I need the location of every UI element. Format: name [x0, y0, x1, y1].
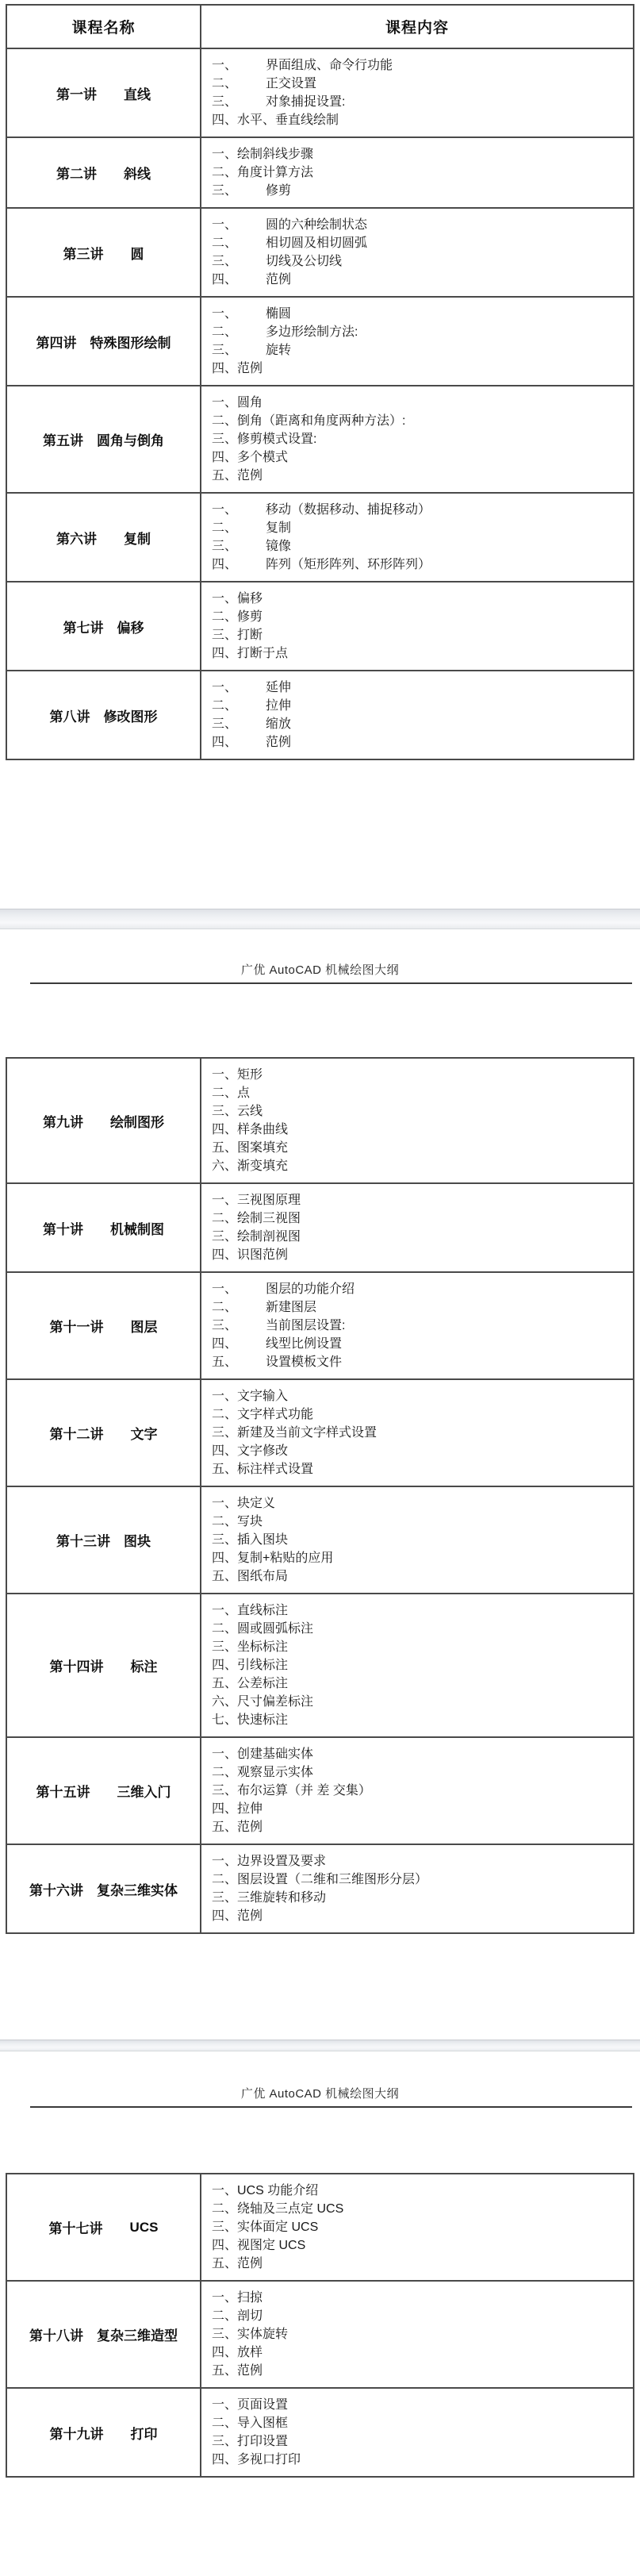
item-text: 旋转 — [266, 344, 291, 357]
item-text: 新建图层 — [266, 1301, 316, 1314]
content-item: 三、绘制剖视图 — [212, 1228, 630, 1246]
lecture-content-cell: 一、圆的六种绘制状态二、相切圆及相切圆弧三、切线及公切线四、范例 — [201, 208, 634, 297]
item-text: 尺寸偏差标注 — [237, 1695, 313, 1709]
course-row: 第五讲圆角与倒角一、圆角二、倒角（距离和角度两种方法）:三、修剪模式设置:四、多… — [6, 386, 634, 493]
page-header-underline — [30, 2106, 632, 2108]
lecture-number: 第四讲 — [36, 332, 77, 352]
item-text: 实体旋转 — [237, 2328, 288, 2341]
content-item: 三、布尔运算（并 差 交集） — [212, 1782, 630, 1800]
content-item: 三、坐标标注 — [212, 1638, 630, 1656]
content-item: 二、点 — [212, 1084, 630, 1102]
content-item: 四、阵列（矩形阵列、环形阵列） — [212, 556, 630, 574]
lecture-number: 第六讲 — [56, 528, 97, 548]
course-row: 第十讲机械制图一、三视图原理二、绘制三视图三、绘制剖视图四、识图范例 — [6, 1183, 634, 1272]
page-header-underline — [30, 982, 632, 984]
item-text: 矩形 — [237, 1068, 263, 1082]
lecture-number: 第五讲 — [43, 429, 83, 449]
page-header-title: 广优 AutoCAD 机械绘图大纲 — [0, 963, 640, 978]
lecture-name: 第十七讲UCS — [8, 2217, 199, 2237]
item-number: 五、 — [212, 1141, 237, 1155]
course-table: 第十七讲UCS一、UCS 功能介绍二、绕轴及三点定 UCS三、实体面定 UCS四… — [6, 2173, 634, 2478]
content-item: 二、正交设置 — [212, 75, 630, 93]
lecture-name-cell: 第十一讲图层 — [6, 1272, 201, 1379]
item-number: 四、 — [212, 2239, 237, 2252]
lecture-name: 第五讲圆角与倒角 — [8, 429, 199, 449]
item-number: 二、 — [212, 699, 237, 713]
content-item: 五、设置模板文件 — [212, 1353, 630, 1371]
lecture-content-cell: 一、页面设置二、导入图框三、打印设置四、多视口打印 — [201, 2388, 634, 2477]
item-text: 修剪 — [237, 610, 263, 624]
lecture-number: 第十讲 — [43, 1218, 83, 1238]
lecture-content-cell: 一、圆角二、倒角（距离和角度两种方法）:三、修剪模式设置:四、多个模式五、范例 — [201, 386, 634, 493]
item-text: 识图范例 — [237, 1248, 288, 1262]
item-text: 打断 — [237, 629, 263, 642]
lecture-topic: 修改图形 — [104, 706, 158, 725]
item-number: 四、 — [212, 1248, 237, 1262]
course-row: 第十三讲图块一、块定义二、写块三、插入图块四、复制+粘贴的应用五、图纸布局 — [6, 1486, 634, 1594]
lecture-name: 第十八讲复杂三维造型 — [8, 2324, 199, 2344]
content-item: 一、文字输入 — [212, 1387, 630, 1405]
lecture-name-cell: 第九讲绘制图形 — [6, 1058, 201, 1183]
lecture-topic: 圆角与倒角 — [97, 429, 164, 449]
item-text: 对象捕捉设置: — [266, 95, 345, 109]
item-text: 修剪模式设置: — [237, 433, 316, 446]
item-number: 一、 — [212, 1604, 237, 1617]
course-table-page3: 第十七讲UCS一、UCS 功能介绍二、绕轴及三点定 UCS三、实体面定 UCS四… — [6, 2173, 634, 2478]
item-number: 二、 — [212, 1408, 237, 1421]
item-number: 三、 — [212, 2220, 237, 2234]
lecture-name-cell: 第三讲圆 — [6, 208, 201, 297]
course-table-page2: 第九讲绘制图形一、矩形二、点三、云线四、样条曲线五、图案填充六、渐变填充第十讲机… — [6, 1057, 634, 1934]
content-item: 五、公差标注 — [212, 1674, 630, 1693]
item-number: 一、 — [212, 307, 237, 321]
content-item: 三、实体面定 UCS — [212, 2218, 630, 2236]
item-number: 三、 — [212, 717, 237, 731]
item-number: 三、 — [212, 1105, 237, 1118]
lecture-name: 第一讲直线 — [8, 83, 199, 103]
page-header-1: 广优 AutoCAD 机械绘图大纲 — [0, 963, 640, 984]
item-text: 界面组成、命令行功能 — [266, 59, 393, 72]
item-text: 正交设置 — [266, 77, 316, 90]
item-number: 一、 — [212, 1497, 237, 1510]
lecture-topic: 图块 — [124, 1530, 151, 1550]
content-item: 二、图层设置（二维和三维图形分层） — [212, 1870, 630, 1889]
item-text: 观察显示实体 — [237, 1766, 313, 1779]
lecture-number: 第十六讲 — [29, 1879, 83, 1899]
item-text: 多视口打印 — [237, 2453, 301, 2466]
lecture-topic: 图层 — [131, 1316, 158, 1336]
content-item: 三、对象捕捉设置: — [212, 93, 630, 111]
item-number: 二、 — [212, 1766, 237, 1779]
content-item: 一、矩形 — [212, 1066, 630, 1084]
lecture-name: 第十五讲三维入门 — [8, 1781, 199, 1801]
item-number: 一、 — [212, 1390, 237, 1403]
column-header-content: 课程内容 — [201, 5, 634, 48]
item-text: 坐标标注 — [237, 1640, 288, 1654]
lecture-content-cell: 一、绘制斜线步骤二、角度计算方法三、修剪 — [201, 137, 634, 208]
lecture-content-cell: 一、图层的功能介绍二、新建图层三、当前图层设置:四、线型比例设置五、设置模板文件 — [201, 1272, 634, 1379]
item-number: 三、 — [212, 2435, 237, 2448]
content-item: 五、图纸布局 — [212, 1567, 630, 1586]
item-number: 二、 — [212, 1212, 237, 1225]
item-number: 二、 — [212, 2416, 237, 2430]
page-separator-1 — [0, 909, 640, 929]
item-number: 二、 — [212, 610, 237, 624]
item-text: 标注样式设置 — [237, 1463, 313, 1476]
course-row: 第八讲修改图形一、延伸二、拉伸三、缩放四、范例 — [6, 671, 634, 759]
page-separator-2 — [0, 2040, 640, 2051]
item-number: 三、 — [212, 1230, 237, 1244]
lecture-topic: 偏移 — [117, 617, 144, 636]
content-item: 三、三维旋转和移动 — [212, 1889, 630, 1907]
course-row: 第四讲特殊图形绘制一、椭圆二、多边形绘制方法:三、旋转四、范例 — [6, 297, 634, 386]
item-number: 二、 — [212, 2202, 237, 2216]
item-number: 一、 — [212, 1068, 237, 1082]
item-number: 三、 — [212, 2328, 237, 2341]
content-item: 二、角度计算方法 — [212, 163, 630, 182]
content-item: 三、云线 — [212, 1102, 630, 1121]
lecture-name: 第六讲复制 — [8, 528, 199, 548]
item-text: 多个模式 — [237, 451, 288, 464]
course-table: 第九讲绘制图形一、矩形二、点三、云线四、样条曲线五、图案填充六、渐变填充第十讲机… — [6, 1057, 634, 1934]
item-number: 六、 — [212, 1695, 237, 1709]
content-item: 二、文字样式功能 — [212, 1405, 630, 1424]
item-number: 一、 — [212, 218, 237, 232]
lecture-number: 第二讲 — [56, 163, 97, 183]
item-text: 绘制斜线步骤 — [237, 148, 313, 161]
course-row: 第十九讲打印一、页面设置二、导入图框三、打印设置四、多视口打印 — [6, 2388, 634, 2477]
content-item: 一、图层的功能介绍 — [212, 1280, 630, 1298]
lecture-number: 第九讲 — [43, 1111, 83, 1131]
lecture-number: 第十八讲 — [29, 2324, 83, 2344]
item-text: 绕轴及三点定 UCS — [237, 2202, 343, 2216]
item-text: 实体面定 UCS — [237, 2220, 318, 2234]
item-number: 四、 — [212, 647, 237, 660]
item-number: 二、 — [212, 1086, 237, 1100]
item-text: 多边形绘制方法: — [266, 325, 358, 339]
item-text: UCS 功能介绍 — [237, 2184, 318, 2197]
lecture-name: 第九讲绘制图形 — [8, 1111, 199, 1131]
content-item: 二、圆或圆弧标注 — [212, 1620, 630, 1638]
item-text: 线型比例设置 — [266, 1337, 342, 1351]
item-text: 当前图层设置: — [266, 1319, 345, 1332]
content-item: 一、创建基础实体 — [212, 1745, 630, 1763]
content-item: 一、延伸 — [212, 679, 630, 697]
content-item: 四、水平、垂直线绘制 — [212, 111, 630, 129]
lecture-number: 第一讲 — [56, 83, 97, 103]
item-text: 范例 — [266, 736, 291, 749]
content-item: 四、打断于点 — [212, 644, 630, 663]
content-item: 二、修剪 — [212, 608, 630, 626]
lecture-content-cell: 一、延伸二、拉伸三、缩放四、范例 — [201, 671, 634, 759]
content-item: 二、新建图层 — [212, 1298, 630, 1317]
content-item: 三、缩放 — [212, 715, 630, 733]
course-table: 课程名称课程内容第一讲直线一、界面组成、命令行功能二、正交设置三、对象捕捉设置:… — [6, 4, 634, 760]
lecture-number: 第十七讲 — [49, 2217, 103, 2237]
content-item: 四、多个模式 — [212, 448, 630, 467]
lecture-topic: 圆 — [131, 243, 144, 263]
item-number: 七、 — [212, 1713, 237, 1727]
item-number: 三、 — [212, 1891, 237, 1905]
lecture-content-cell: 一、偏移二、修剪三、打断四、打断于点 — [201, 582, 634, 671]
item-text: 文字样式功能 — [237, 1408, 313, 1421]
page-header-2: 广优 AutoCAD 机械绘图大纲 — [0, 2086, 640, 2108]
lecture-name-cell: 第十二讲文字 — [6, 1379, 201, 1486]
item-number: 一、 — [212, 2398, 237, 2412]
item-number: 三、 — [212, 95, 237, 109]
item-text: 范例 — [266, 273, 291, 286]
item-text: 图层设置（二维和三维图形分层） — [237, 1873, 427, 1886]
item-text: 范例 — [237, 362, 263, 375]
content-item: 一、三视图原理 — [212, 1191, 630, 1209]
content-item: 一、移动（数据移动、捕捉移动） — [212, 501, 630, 519]
item-number: 一、 — [212, 396, 237, 409]
content-item: 四、多视口打印 — [212, 2451, 630, 2469]
lecture-number: 第三讲 — [63, 243, 104, 263]
item-text: 文字修改 — [237, 1444, 288, 1458]
content-item: 三、镜像 — [212, 537, 630, 556]
content-item: 一、圆的六种绘制状态 — [212, 216, 630, 234]
item-text: 打印设置 — [237, 2435, 288, 2448]
item-text: 延伸 — [266, 681, 291, 694]
lecture-number: 第十二讲 — [50, 1423, 104, 1443]
content-item: 二、多边形绘制方法: — [212, 323, 630, 341]
course-row: 第九讲绘制图形一、矩形二、点三、云线四、样条曲线五、图案填充六、渐变填充 — [6, 1058, 634, 1183]
item-number: 一、 — [212, 2291, 237, 2305]
item-text: 快速标注 — [237, 1713, 288, 1727]
course-row: 第一讲直线一、界面组成、命令行功能二、正交设置三、对象捕捉设置:四、水平、垂直线… — [6, 48, 634, 137]
content-item: 四、范例 — [212, 1907, 630, 1925]
lecture-number: 第十五讲 — [36, 1781, 90, 1801]
item-number: 三、 — [212, 344, 237, 357]
content-item: 一、偏移 — [212, 590, 630, 608]
lecture-content-cell: 一、块定义二、写块三、插入图块四、复制+粘贴的应用五、图纸布局 — [201, 1486, 634, 1594]
item-number: 一、 — [212, 59, 237, 72]
item-number: 二、 — [212, 1622, 237, 1636]
item-text: 拉伸 — [237, 1802, 263, 1816]
lecture-name: 第十六讲复杂三维实体 — [8, 1879, 199, 1899]
lecture-content-cell: 一、椭圆二、多边形绘制方法:三、旋转四、范例 — [201, 297, 634, 386]
page-header-title: 广优 AutoCAD 机械绘图大纲 — [0, 2086, 640, 2102]
lecture-name: 第二讲斜线 — [8, 163, 199, 183]
lecture-name-cell: 第十九讲打印 — [6, 2388, 201, 2477]
item-text: 三维旋转和移动 — [237, 1891, 326, 1905]
content-item: 二、相切圆及相切圆弧 — [212, 234, 630, 252]
item-number: 三、 — [212, 1319, 237, 1332]
item-text: 角度计算方法 — [237, 166, 313, 179]
item-number: 三、 — [212, 184, 237, 198]
lecture-number: 第十四讲 — [50, 1655, 104, 1675]
lecture-topic: 标注 — [131, 1655, 158, 1675]
lecture-content-cell: 一、界面组成、命令行功能二、正交设置三、对象捕捉设置:四、水平、垂直线绘制 — [201, 48, 634, 137]
lecture-topic: 文字 — [131, 1423, 158, 1443]
lecture-topic: 直线 — [124, 83, 151, 103]
item-text: 图案填充 — [237, 1141, 288, 1155]
item-number: 一、 — [212, 1747, 237, 1761]
content-item: 三、新建及当前文字样式设置 — [212, 1424, 630, 1442]
content-item: 三、当前图层设置: — [212, 1317, 630, 1335]
lecture-name: 第四讲特殊图形绘制 — [8, 332, 199, 352]
item-text: 绘制剖视图 — [237, 1230, 301, 1244]
item-number: 五、 — [212, 469, 237, 483]
course-row: 第十七讲UCS一、UCS 功能介绍二、绕轴及三点定 UCS三、实体面定 UCS四… — [6, 2174, 634, 2281]
lecture-name: 第十二讲文字 — [8, 1423, 199, 1443]
lecture-content-cell: 一、矩形二、点三、云线四、样条曲线五、图案填充六、渐变填充 — [201, 1058, 634, 1183]
item-number: 一、 — [212, 503, 237, 517]
item-text: 点 — [237, 1086, 250, 1100]
lecture-name-cell: 第一讲直线 — [6, 48, 201, 137]
item-number: 四、 — [212, 1802, 237, 1816]
item-number: 三、 — [212, 629, 237, 642]
item-text: 圆或圆弧标注 — [237, 1622, 313, 1636]
item-text: 块定义 — [237, 1497, 275, 1510]
item-text: 椭圆 — [266, 307, 291, 321]
item-number: 五、 — [212, 2364, 237, 2378]
item-text: 倒角（距离和角度两种方法）: — [237, 414, 405, 428]
course-row: 第六讲复制一、移动（数据移动、捕捉移动）二、复制三、镜像四、阵列（矩形阵列、环形… — [6, 493, 634, 582]
course-row: 第十五讲三维入门一、创建基础实体二、观察显示实体三、布尔运算（并 差 交集）四、… — [6, 1737, 634, 1844]
item-text: 打断于点 — [237, 647, 288, 660]
item-number: 五、 — [212, 1677, 237, 1690]
item-number: 二、 — [212, 325, 237, 339]
item-text: 复制 — [266, 521, 291, 535]
item-text: 文字输入 — [237, 1390, 288, 1403]
content-item: 三、插入图块 — [212, 1531, 630, 1549]
item-text: 绘制三视图 — [237, 1212, 301, 1225]
item-number: 四、 — [212, 451, 237, 464]
item-number: 一、 — [212, 148, 237, 161]
lecture-number: 第七讲 — [63, 617, 104, 636]
item-text: 范例 — [237, 2364, 263, 2378]
lecture-name: 第十讲机械制图 — [8, 1218, 199, 1238]
content-item: 四、范例 — [212, 359, 630, 378]
item-number: 三、 — [212, 1533, 237, 1547]
content-item: 一、UCS 功能介绍 — [212, 2182, 630, 2200]
lecture-content-cell: 一、创建基础实体二、观察显示实体三、布尔运算（并 差 交集）四、拉伸五、范例 — [201, 1737, 634, 1844]
content-item: 一、扫掠 — [212, 2289, 630, 2307]
item-text: 范例 — [237, 469, 263, 483]
lecture-topic: 复杂三维实体 — [97, 1879, 178, 1899]
lecture-name: 第八讲修改图形 — [8, 706, 199, 725]
item-text: 导入图框 — [237, 2416, 288, 2430]
lecture-number: 第十三讲 — [56, 1530, 110, 1550]
content-item: 五、范例 — [212, 467, 630, 485]
lecture-topic: 打印 — [131, 2423, 158, 2443]
item-number: 四、 — [212, 2346, 237, 2359]
item-number: 二、 — [212, 521, 237, 535]
lecture-name-cell: 第四讲特殊图形绘制 — [6, 297, 201, 386]
content-item: 三、切线及公切线 — [212, 252, 630, 271]
item-text: 范例 — [237, 2257, 263, 2270]
lecture-name-cell: 第十六讲复杂三维实体 — [6, 1844, 201, 1933]
lecture-name: 第十一讲图层 — [8, 1316, 199, 1336]
item-number: 三、 — [212, 433, 237, 446]
item-text: 放样 — [237, 2346, 263, 2359]
content-item: 四、范例 — [212, 733, 630, 752]
lecture-content-cell: 一、文字输入二、文字样式功能三、新建及当前文字样式设置四、文字修改五、标注样式设… — [201, 1379, 634, 1486]
content-item: 三、打印设置 — [212, 2432, 630, 2451]
lecture-content-cell: 一、扫掠二、剖切三、实体旋转四、放样五、范例 — [201, 2281, 634, 2388]
item-number: 四、 — [212, 736, 237, 749]
item-text: 云线 — [237, 1105, 263, 1118]
content-item: 五、范例 — [212, 2255, 630, 2273]
content-item: 二、导入图框 — [212, 2414, 630, 2432]
content-item: 四、线型比例设置 — [212, 1335, 630, 1353]
content-item: 五、图案填充 — [212, 1139, 630, 1157]
lecture-name-cell: 第八讲修改图形 — [6, 671, 201, 759]
content-item: 六、渐变填充 — [212, 1157, 630, 1175]
item-text: 缩放 — [266, 717, 291, 731]
course-row: 第十八讲复杂三维造型一、扫掠二、剖切三、实体旋转四、放样五、范例 — [6, 2281, 634, 2388]
item-text: 范例 — [237, 1909, 263, 1923]
header-row: 课程名称课程内容 — [6, 5, 634, 48]
content-item: 四、拉伸 — [212, 1800, 630, 1818]
lecture-topic: 绘制图形 — [110, 1111, 164, 1131]
item-text: 样条曲线 — [237, 1123, 288, 1136]
lecture-name: 第三讲圆 — [8, 243, 199, 263]
lecture-topic: 复制 — [124, 528, 151, 548]
course-row: 第十六讲复杂三维实体一、边界设置及要求二、图层设置（二维和三维图形分层）三、三维… — [6, 1844, 634, 1933]
lecture-topic: 斜线 — [124, 163, 151, 183]
content-item: 五、范例 — [212, 1818, 630, 1836]
lecture-number: 第十九讲 — [50, 2423, 104, 2443]
item-text: 复制+粘贴的应用 — [237, 1551, 333, 1565]
item-number: 二、 — [212, 2309, 237, 2323]
lecture-content-cell: 一、边界设置及要求二、图层设置（二维和三维图形分层）三、三维旋转和移动四、范例 — [201, 1844, 634, 1933]
lecture-name-cell: 第六讲复制 — [6, 493, 201, 582]
item-text: 公差标注 — [237, 1677, 288, 1690]
item-number: 五、 — [212, 2257, 237, 2270]
lecture-name-cell: 第五讲圆角与倒角 — [6, 386, 201, 493]
item-number: 三、 — [212, 1640, 237, 1654]
item-number: 五、 — [212, 1355, 237, 1369]
content-item: 三、旋转 — [212, 341, 630, 359]
course-row: 第二讲斜线一、绘制斜线步骤二、角度计算方法三、修剪 — [6, 137, 634, 208]
content-item: 四、识图范例 — [212, 1246, 630, 1264]
content-item: 四、范例 — [212, 271, 630, 289]
item-text: 新建及当前文字样式设置 — [237, 1426, 377, 1440]
item-number: 三、 — [212, 1784, 237, 1797]
item-text: 相切圆及相切圆弧 — [266, 236, 367, 250]
content-item: 六、尺寸偏差标注 — [212, 1693, 630, 1711]
item-number: 一、 — [212, 2184, 237, 2197]
content-item: 一、边界设置及要求 — [212, 1852, 630, 1870]
item-text: 视图定 UCS — [237, 2239, 305, 2252]
content-item: 一、直线标注 — [212, 1601, 630, 1620]
item-text: 边界设置及要求 — [237, 1855, 326, 1868]
item-text: 引线标注 — [237, 1659, 288, 1672]
item-number: 四、 — [212, 1659, 237, 1672]
item-text: 图层的功能介绍 — [266, 1282, 354, 1296]
item-text: 创建基础实体 — [237, 1747, 313, 1761]
course-row: 第十四讲标注一、直线标注二、圆或圆弧标注三、坐标标注四、引线标注五、公差标注六、… — [6, 1594, 634, 1737]
content-item: 一、绘制斜线步骤 — [212, 145, 630, 163]
item-number: 四、 — [212, 1123, 237, 1136]
content-item: 四、文字修改 — [212, 1442, 630, 1460]
item-number: 二、 — [212, 166, 237, 179]
item-number: 一、 — [212, 681, 237, 694]
course-outline-document: 课程名称课程内容第一讲直线一、界面组成、命令行功能二、正交设置三、对象捕捉设置:… — [0, 0, 640, 2576]
content-item: 二、剖切 — [212, 2307, 630, 2325]
content-item: 四、视图定 UCS — [212, 2236, 630, 2255]
content-item: 二、绕轴及三点定 UCS — [212, 2200, 630, 2218]
content-item: 一、圆角 — [212, 394, 630, 412]
lecture-topic: 复杂三维造型 — [97, 2324, 178, 2344]
content-item: 三、打断 — [212, 626, 630, 644]
item-number: 一、 — [212, 1855, 237, 1868]
item-number: 四、 — [212, 362, 237, 375]
lecture-content-cell: 一、直线标注二、圆或圆弧标注三、坐标标注四、引线标注五、公差标注六、尺寸偏差标注… — [201, 1594, 634, 1737]
